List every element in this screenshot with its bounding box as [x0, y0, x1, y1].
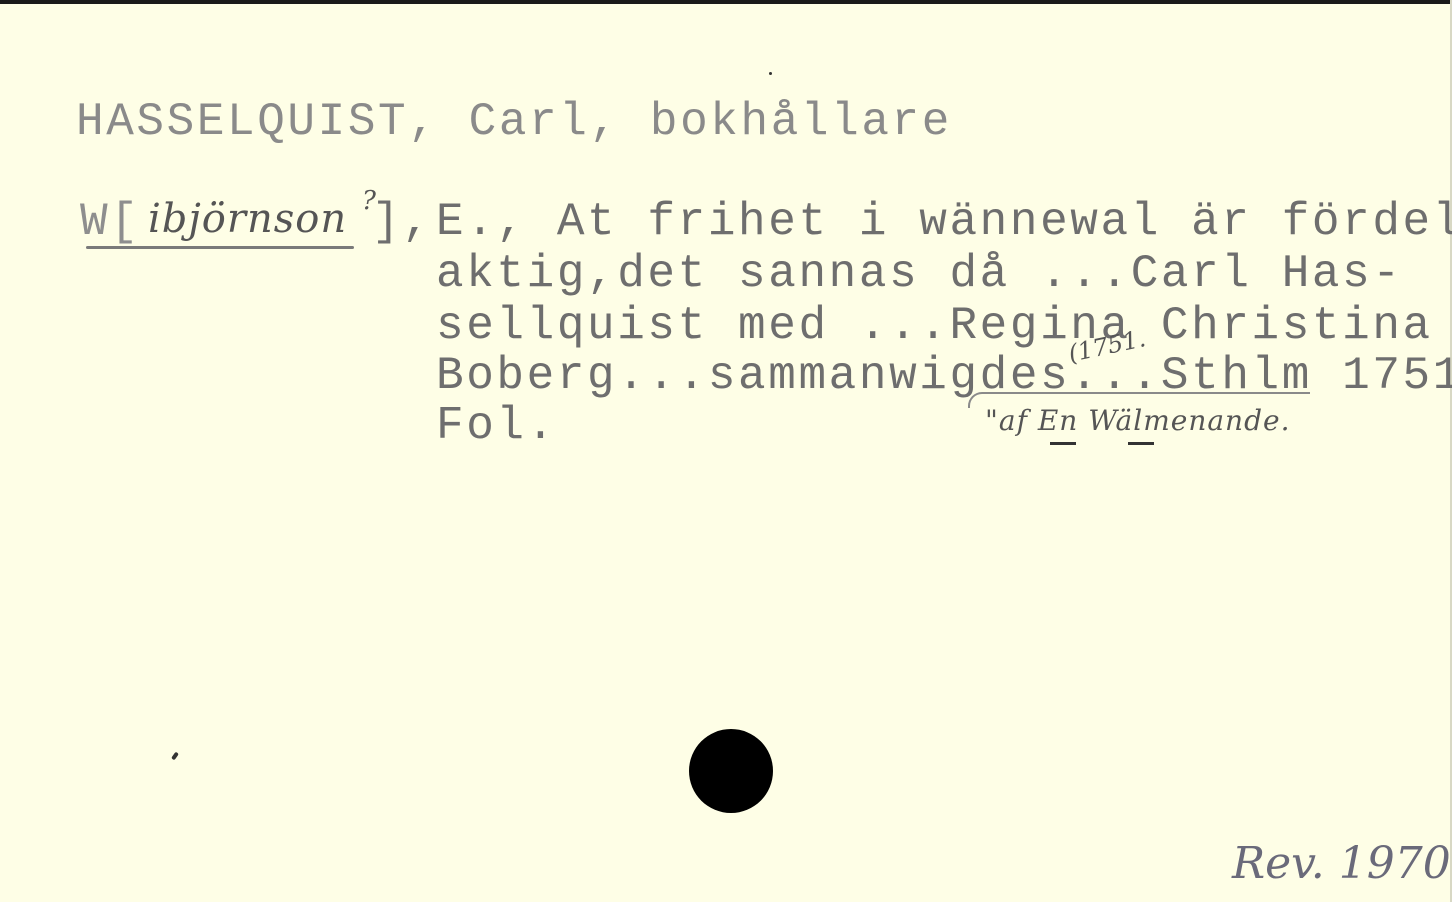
body-line-1: E., At frihet i wännewal är fördel-	[436, 196, 1452, 248]
body-line-3: sellquist med ...Regina Christina	[436, 300, 1433, 352]
pencil-mark	[171, 752, 179, 761]
handwritten-author-name: ibjörnson	[148, 196, 347, 242]
body-line-2: aktig,det sannas då ...Carl Has-	[436, 248, 1403, 300]
card-top-edge	[0, 0, 1452, 4]
handwritten-attribution-note: "af En Wälmenande.	[985, 404, 1290, 437]
ink-speck	[769, 72, 772, 75]
catalog-card: HASSELQUIST, Carl, bokhållare W[ ibjörns…	[0, 0, 1452, 902]
underline-en	[1050, 442, 1076, 445]
revision-note: Rev. 1970	[1232, 838, 1451, 889]
body-line-5: Fol.	[436, 400, 557, 452]
author-underline	[86, 246, 354, 249]
underline-w	[1128, 442, 1154, 445]
author-suffix: ],	[372, 196, 432, 248]
author-prefix: W[	[80, 196, 140, 248]
card-heading: HASSELQUIST, Carl, bokhållare	[76, 96, 952, 148]
punch-hole	[689, 729, 773, 813]
